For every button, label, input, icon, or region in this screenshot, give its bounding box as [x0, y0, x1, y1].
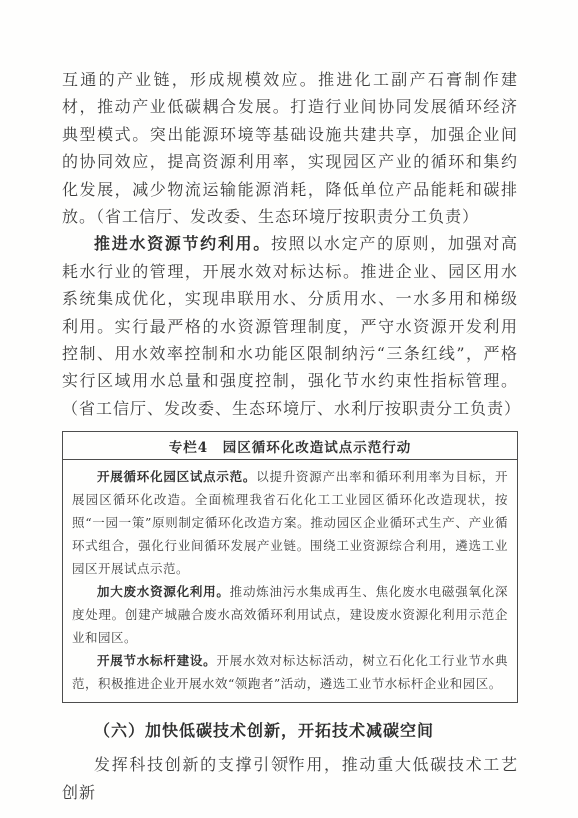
- document-page: 互通的产业链，形成规模效应。推进化工副产石膏制作建材，推动产业低碳耦合发展。打造…: [0, 0, 578, 818]
- box-paragraph-water-benchmark: 开展节水标杆建设。开展水效对标达标活动，树立石化化工行业节水典范，积极推进企业开…: [72, 649, 508, 695]
- box-paragraph-2-lead: 加大废水资源化利用。: [97, 584, 230, 599]
- box-paragraph-1-text: 以提升资源产出率和循环利用率为目标，开展园区循环化改造。全面梳理我省石化化工工业…: [72, 469, 508, 576]
- paragraph-water-saving-text: 按照以水定产的原则，加强对高耗水行业的管理，开展水效对标达标。推进企业、园区用水…: [62, 234, 521, 417]
- box-paragraph-circular-park-pilot: 开展循环化园区试点示范。以提升资源产出率和循环利用率为目标，开展园区循环化改造。…: [72, 465, 508, 580]
- box-paragraph-3-lead: 开展节水标杆建设。: [97, 653, 216, 668]
- paragraph-water-saving: 推进水资源节约利用。按照以水定产的原则，加强对高耗水行业的管理，开展水效对标达标…: [62, 230, 518, 422]
- feature-box-column4: 专栏4 园区循环化改造试点示范行动 开展循环化园区试点示范。以提升资源产出率和循…: [62, 431, 518, 703]
- feature-box-body: 开展循环化园区试点示范。以提升资源产出率和循环利用率为目标，开展园区循环化改造。…: [63, 460, 517, 702]
- paragraph-water-saving-lead: 推进水资源节约利用。: [94, 234, 271, 253]
- main-text-block: 互通的产业链，形成规模效应。推进化工副产石膏制作建材，推动产业低碳耦合发展。打造…: [62, 66, 518, 422]
- paragraph-industry-chain: 互通的产业链，形成规模效应。推进化工副产石膏制作建材，推动产业低碳耦合发展。打造…: [62, 66, 518, 230]
- page-number: 10: [0, 755, 578, 766]
- box-paragraph-1-lead: 开展循环化园区试点示范。: [97, 469, 256, 484]
- box-paragraph-wastewater-reuse: 加大废水资源化利用。推动炼油污水集成再生、焦化废水电磁强氧化深度处理。创建产城融…: [72, 580, 508, 649]
- section-heading-six: （六）加快低碳技术创新，开拓技术减碳空间: [62, 718, 518, 741]
- feature-box-title: 专栏4 园区循环化改造试点示范行动: [63, 432, 517, 460]
